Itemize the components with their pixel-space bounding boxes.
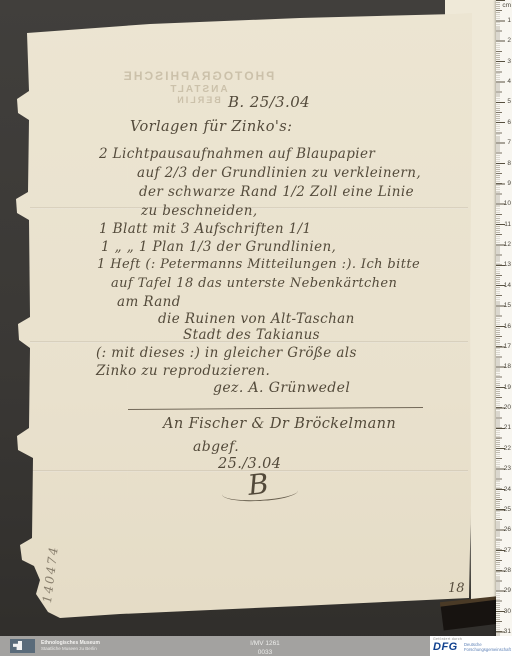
sheet-number: 18 [448, 581, 465, 596]
ruler-label: 11 [504, 221, 511, 228]
ruler-label: 7 [507, 139, 511, 146]
museum-logo-icon [10, 639, 35, 653]
shelfmark-id: I/MV 1261 [210, 639, 320, 648]
ruler-label: 10 [504, 200, 511, 207]
ruler-label: 19 [504, 384, 511, 391]
handwritten-line: Zinko zu reproduzieren. [96, 363, 270, 379]
handwritten-date: B. 25/3.04 [228, 93, 310, 111]
ruler-label: 14 [504, 282, 511, 289]
ruler-label: 16 [504, 323, 511, 330]
handwritten-line: auf 2/3 der Grundlinien zu verkleinern, [137, 165, 421, 181]
handwritten-line: der schwarze Rand 1/2 Zoll eine Linie [139, 184, 414, 200]
ruler-label: 12 [504, 241, 511, 248]
museum-logo-glyph-icon [13, 641, 22, 650]
signature-flourish [222, 482, 299, 503]
inventory-number-vertical: 140474 [40, 545, 61, 604]
ruler-label: 3 [507, 58, 511, 65]
handwritten-line: abgef. [193, 439, 239, 455]
dfg-logo: Gefördert durch DFG Deutsche Forschungsg… [430, 636, 512, 656]
ruler-label: 29 [504, 587, 511, 594]
ruler-label: 30 [504, 608, 511, 615]
ruler-label: 21 [504, 424, 511, 431]
ruler-label: 9 [507, 180, 511, 187]
ruler-label: 26 [504, 526, 511, 533]
handwritten-line: Vorlagen für Zinko's: [130, 119, 292, 135]
handwritten-line: 1 „ „ 1 Plan 1/3 der Grundlinien, [101, 239, 336, 255]
handwritten-line: 2 Lichtpausaufnahmen auf Blaupapier [99, 146, 375, 162]
ruler-label: 13 [504, 261, 511, 268]
handwritten-line: am Rand [117, 294, 181, 310]
handwritten-line: An Fischer & Dr Bröckelmann [163, 416, 396, 432]
museum-subtitle: Staatliche Museen zu Berlin [41, 646, 100, 652]
ruler-label: 17 [504, 343, 511, 350]
ruler-label: 31 [504, 628, 511, 635]
dfg-name: Deutsche Forschungsgemeinschaft [464, 642, 511, 653]
handwritten-line: 1 Heft (: Petermanns Mitteilungen :). Ic… [97, 257, 420, 272]
handwritten-signature: gez. A. Grünwedel [213, 380, 350, 396]
ruler-label: 15 [504, 302, 511, 309]
ruler-label: 5 [507, 98, 511, 105]
letterhead-line: PHOTOGRAPHISCHE [88, 70, 308, 84]
scanned-letter-page: PHOTOGRAPHISCHE ANSTALT BERLIN B. 25/3.0… [0, 0, 512, 656]
handwritten-line: auf Tafel 18 das unterste Nebenkärtchen [111, 276, 397, 291]
ruler-label: 22 [504, 445, 511, 452]
handwritten-line: (: mit dieses :) in gleicher Größe als [96, 345, 357, 361]
museum-label: Ethnologisches Museum Staatliche Museen … [41, 640, 100, 652]
ruler-label: 28 [504, 567, 511, 574]
ruler-label: 8 [507, 160, 511, 167]
ruler-label: cm [502, 2, 511, 9]
handwritten-divider-line [128, 407, 423, 410]
shelfmark-block: I/MV 1261 0033 [210, 639, 320, 656]
ruler-label: 27 [504, 547, 511, 554]
ruler-label: 2 [507, 37, 511, 44]
handwritten-line: die Ruinen von Alt-Taschan [158, 311, 355, 327]
ruler-label: 20 [504, 404, 511, 411]
ruler-label: 18 [504, 363, 511, 370]
ruler-label: 23 [504, 465, 511, 472]
dfg-name-line2: Forschungsgemeinschaft [464, 647, 511, 652]
ruler-label: 6 [507, 119, 511, 126]
ruler-label: 24 [504, 486, 511, 493]
scan-viewer-page: PHOTOGRAPHISCHE ANSTALT BERLIN B. 25/3.0… [0, 0, 512, 656]
ruler-label: 25 [504, 506, 511, 513]
dfg-abbr: DFG [433, 641, 458, 653]
cm-ruler: cm12345678910111213141516171819202122232… [496, 0, 512, 638]
handwritten-line: zu beschneiden, [141, 203, 258, 219]
handwritten-line: Stadt des Takianus [183, 327, 320, 343]
image-number: 0033 [210, 648, 320, 656]
footer-bar: Ethnologisches Museum Staatliche Museen … [0, 636, 512, 656]
handwritten-line: 1 Blatt mit 3 Aufschriften 1/1 [99, 221, 312, 237]
ruler-label: 4 [507, 78, 511, 85]
ruler-ticks-cm [496, 0, 505, 638]
ruler-label: 1 [507, 17, 511, 24]
